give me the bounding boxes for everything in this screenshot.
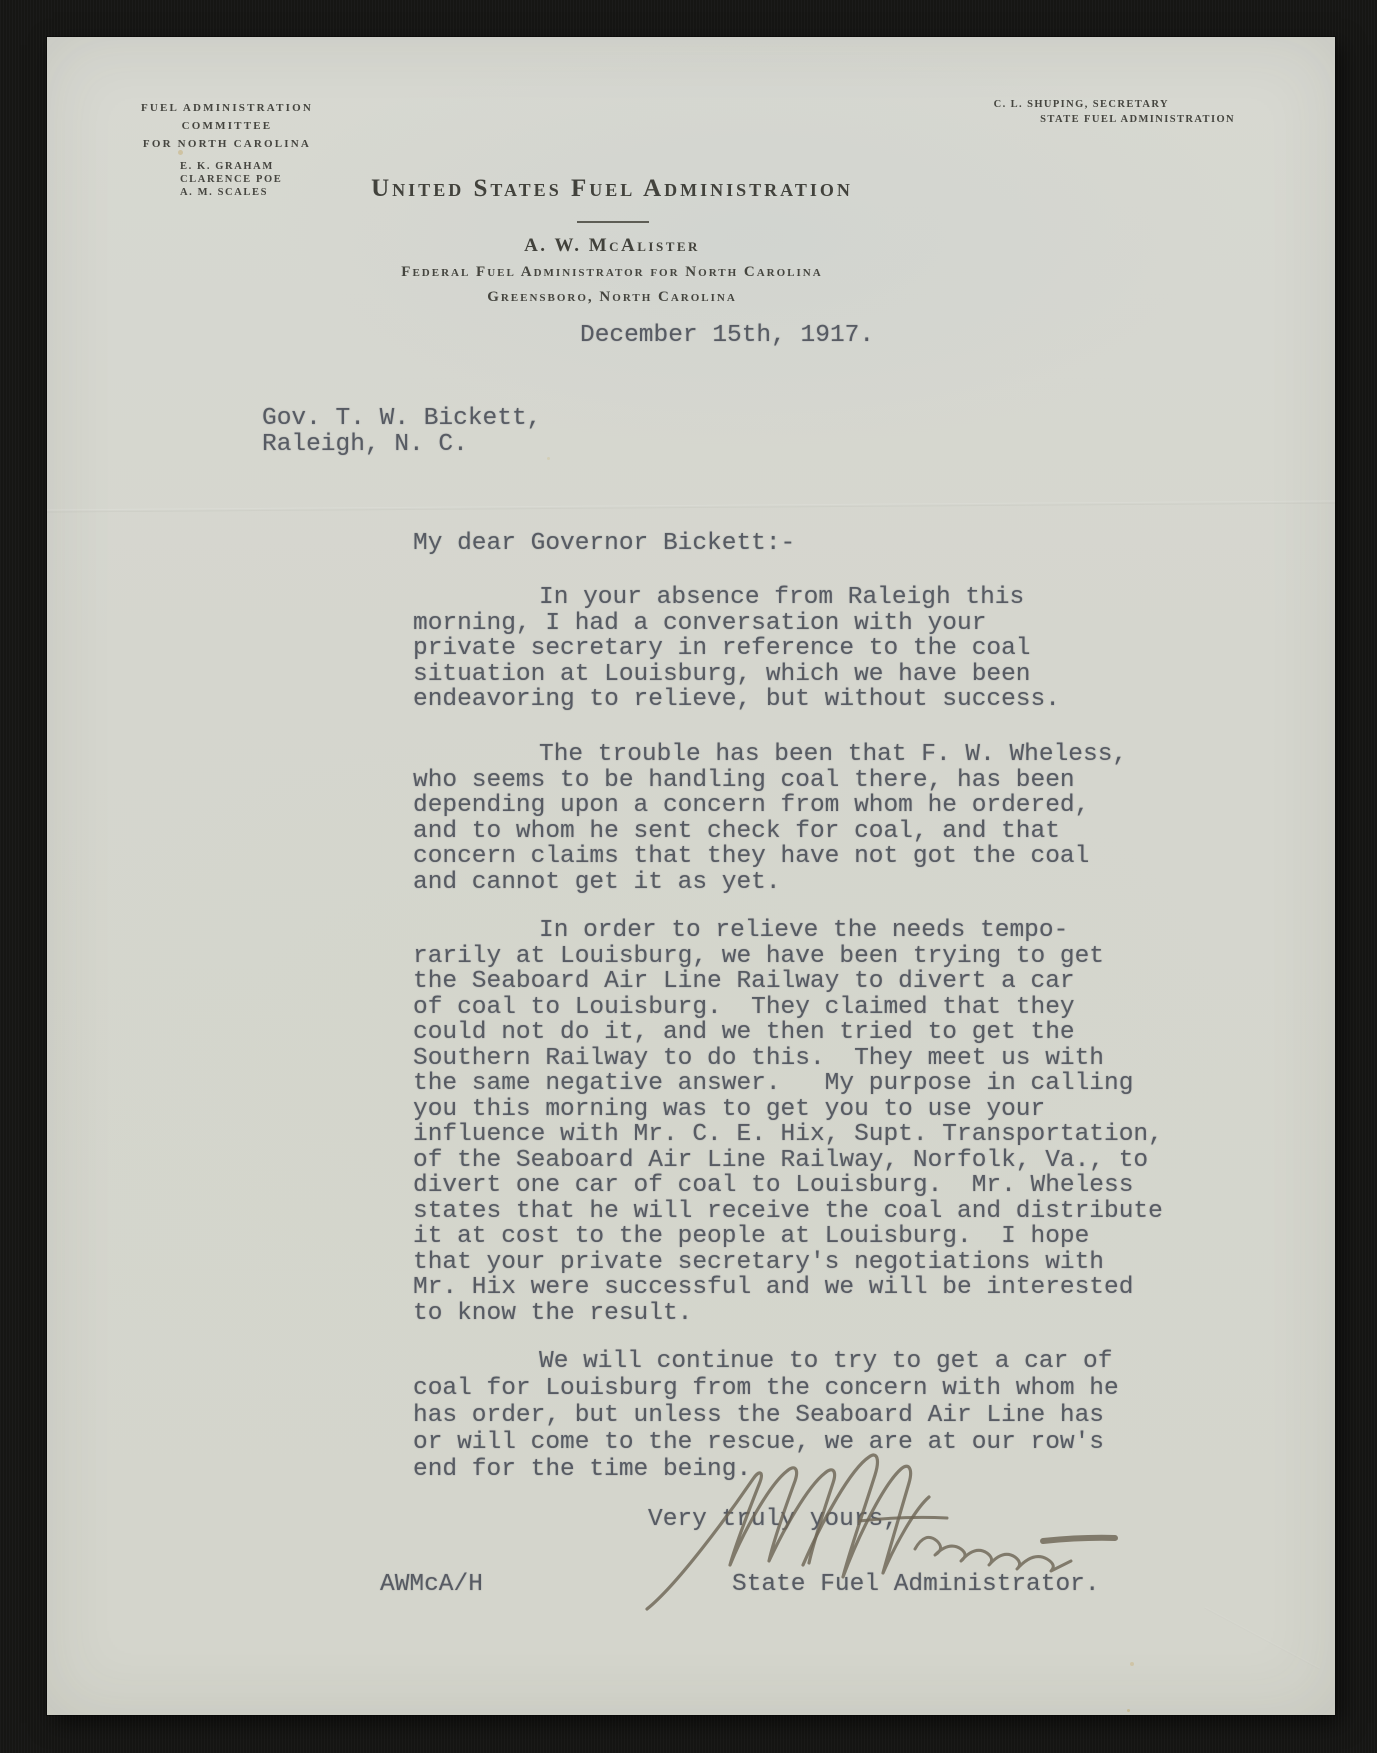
- signer-title: State Fuel Administrator.: [732, 1572, 1100, 1598]
- text-line: you this morning was to get you to use y…: [413, 1097, 1163, 1123]
- text-line: endeavoring to relieve, but without succ…: [413, 687, 1060, 713]
- committee-title-line2: FOR NORTH CAROLINA: [102, 135, 352, 153]
- text-line: end for the time being.: [413, 1456, 1119, 1483]
- text-line: We will continue to try to get a car of: [413, 1348, 1119, 1375]
- text-line: the Seaboard Air Line Railway to divert …: [413, 969, 1163, 995]
- text-line: of the Seaboard Air Line Railway, Norfol…: [413, 1148, 1163, 1174]
- paragraph-1: In your absence from Raleigh thismorning…: [413, 585, 1060, 713]
- text-line: and cannot get it as yet.: [413, 870, 1127, 896]
- text-line: that your private secretary's negotiatio…: [413, 1250, 1163, 1276]
- text-line: Mr. Hix were successful and we will be i…: [413, 1275, 1163, 1301]
- text-line: of coal to Louisburg. They claimed that …: [413, 995, 1163, 1021]
- secretary-org-line: STATE FUEL ADMINISTRATION: [835, 112, 1235, 127]
- scanned-letter-photo: { "colors": { "backdrop": "#161614", "pa…: [0, 0, 1377, 1753]
- text-line: it at cost to the people at Louisburg. I…: [413, 1224, 1163, 1250]
- text-line: states that he will receive the coal and…: [413, 1199, 1163, 1225]
- letterhead-secretary-block: C. L. SHUPING, SECRETARY STATE FUEL ADMI…: [835, 97, 1235, 127]
- closing-valediction: Very truly yours,: [648, 1507, 898, 1533]
- text-line: In order to relieve the needs tempo-: [413, 918, 1163, 944]
- administrator-name: A. W. McAlister: [47, 235, 1177, 257]
- text-line: to know the result.: [413, 1301, 1163, 1327]
- text-line: concern claims that they have not got th…: [413, 844, 1127, 870]
- text-line: who seems to be handling coal there, has…: [413, 768, 1127, 794]
- foxing-spot: [1127, 1709, 1130, 1712]
- foxing-spot: [547, 457, 550, 460]
- text-line: could not do it, and we then tried to ge…: [413, 1020, 1163, 1046]
- typist-reference-initials: AWMcA/H: [380, 1572, 483, 1598]
- letter-date: December 15th, 1917.: [580, 323, 874, 349]
- text-line: divert one car of coal to Louisburg. Mr.…: [413, 1173, 1163, 1199]
- letterhead-location: Greensboro, North Carolina: [47, 289, 1177, 306]
- text-line: Raleigh, N. C.: [262, 432, 541, 458]
- text-line: rarily at Louisburg, we have been trying…: [413, 944, 1163, 970]
- text-line: or will come to the rescue, we are at ou…: [413, 1429, 1119, 1456]
- paragraph-3: In order to relieve the needs tempo-rari…: [413, 918, 1163, 1326]
- text-line: E. K. GRAHAM: [180, 160, 352, 173]
- text-line: depending upon a concern from whom he or…: [413, 793, 1127, 819]
- title-divider-rule: [577, 221, 649, 223]
- paper-corner-crease: [1204, 1607, 1320, 1670]
- org-title: United States Fuel Administration: [47, 175, 1177, 203]
- secretary-name-line: C. L. SHUPING, SECRETARY: [835, 97, 1169, 112]
- letter-paper: FUEL ADMINISTRATION COMMITTEE FOR NORTH …: [47, 37, 1335, 1715]
- text-line: The trouble has been that F. W. Wheless,: [413, 742, 1127, 768]
- paragraph-4: We will continue to try to get a car ofc…: [413, 1348, 1119, 1483]
- text-line: private secretary in reference to the co…: [413, 636, 1060, 662]
- administrator-title: Federal Fuel Administrator for North Car…: [47, 264, 1177, 281]
- text-line: and to whom he sent check for coal, and …: [413, 819, 1127, 845]
- foxing-spot: [1130, 1662, 1134, 1666]
- recipient-address: Gov. T. W. Bickett,Raleigh, N. C.: [262, 406, 541, 457]
- text-line: coal for Louisburg from the concern with…: [413, 1375, 1119, 1402]
- text-line: Southern Railway to do this. They meet u…: [413, 1046, 1163, 1072]
- text-line: morning, I had a conversation with your: [413, 611, 1060, 637]
- committee-title-line1: FUEL ADMINISTRATION COMMITTEE: [102, 99, 352, 135]
- text-line: has order, but unless the Seaboard Air L…: [413, 1402, 1119, 1429]
- text-line: In your absence from Raleigh this: [413, 585, 1060, 611]
- text-line: the same negative answer. My purpose in …: [413, 1071, 1163, 1097]
- paragraph-2: The trouble has been that F. W. Wheless,…: [413, 742, 1127, 895]
- text-line: Gov. T. W. Bickett,: [262, 406, 541, 432]
- paper-fold-crease: [47, 501, 1335, 513]
- salutation: My dear Governor Bickett:-: [413, 531, 795, 557]
- text-line: situation at Louisburg, which we have be…: [413, 662, 1060, 688]
- text-line: influence with Mr. C. E. Hix, Supt. Tran…: [413, 1122, 1163, 1148]
